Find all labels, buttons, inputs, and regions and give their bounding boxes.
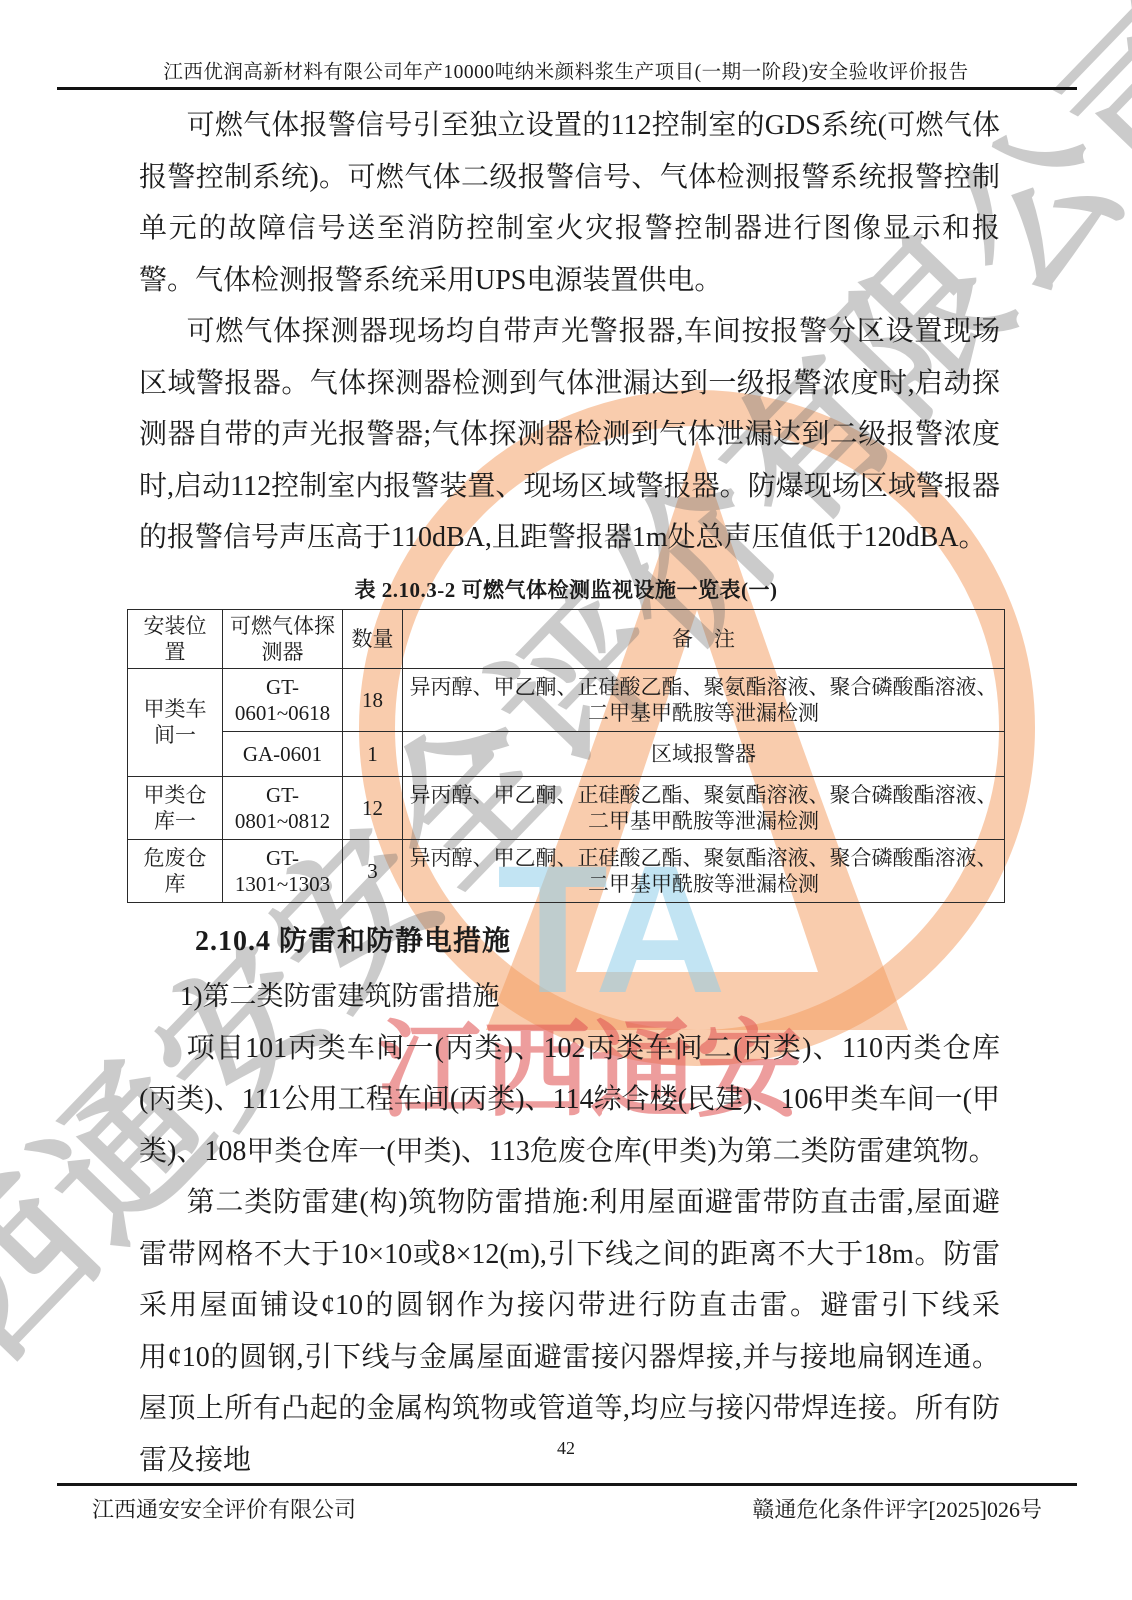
main-text-block: 可燃气体报警信号引至独立设置的112控制室的GDS系统(可燃气体报警控制系统)。… bbox=[57, 100, 1075, 1486]
report-header-title: 江西优润高新材料有限公司年产10000吨纳米颜料浆生产项目(一期一阶段)安全验收… bbox=[57, 56, 1075, 84]
cell-qty: 1 bbox=[343, 731, 403, 776]
header-cell-detector: 可燃气体探测器 bbox=[223, 609, 343, 668]
cell-location: 甲类仓库一 bbox=[128, 776, 223, 839]
cell-qty: 18 bbox=[343, 668, 403, 731]
cell-qty: 3 bbox=[343, 839, 403, 902]
paragraph-lightning-buildings: 项目101丙类车间一(丙类)、102丙类车间二(丙类)、110丙类仓库(丙类)、… bbox=[139, 1023, 1000, 1178]
page-number: 42 bbox=[0, 1438, 1132, 1459]
paragraph-gas-detector-site: 可燃气体探测器现场均自带声光警报器,车间按报警分区设置现场区域警报器。气体探测器… bbox=[139, 306, 1000, 564]
cell-remark: 异丙醇、甲乙酮、正硅酸乙酯、聚氨酯溶液、聚合磷酸酯溶液、二甲基甲酰胺等泄漏检测 bbox=[403, 776, 1005, 839]
cell-detector: GT-1301~1303 bbox=[223, 839, 343, 902]
cell-remark: 异丙醇、甲乙酮、正硅酸乙酯、聚氨酯溶液、聚合磷酸酯溶液、二甲基甲酰胺等泄漏检测 bbox=[403, 668, 1005, 731]
header-cell-remark: 备 注 bbox=[403, 609, 1005, 668]
table-row: 甲类仓库一 GT-0801~0812 12 异丙醇、甲乙酮、正硅酸乙酯、聚氨酯溶… bbox=[128, 776, 1005, 839]
cell-location: 危废仓库 bbox=[128, 839, 223, 902]
footer-company-name: 江西通安安全评价有限公司 bbox=[92, 1493, 356, 1524]
header-cell-qty: 数量 bbox=[343, 609, 403, 668]
footer: 江西通安安全评价有限公司 赣通危化条件评字[2025]026号 bbox=[92, 1493, 1042, 1524]
cell-remark: 异丙醇、甲乙酮、正硅酸乙酯、聚氨酯溶液、聚合磷酸酯溶液、二甲基甲酰胺等泄漏检测 bbox=[403, 839, 1005, 902]
footer-document-number: 赣通危化条件评字[2025]026号 bbox=[752, 1493, 1042, 1524]
cell-location: 甲类车间一 bbox=[128, 668, 223, 776]
table-row: GA-0601 1 区域报警器 bbox=[128, 731, 1005, 776]
table-header-row: 安装位置 可燃气体探测器 数量 备 注 bbox=[128, 609, 1005, 668]
footer-rule bbox=[57, 1483, 1077, 1486]
table-row: 危废仓库 GT-1301~1303 3 异丙醇、甲乙酮、正硅酸乙酯、聚氨酯溶液、… bbox=[128, 839, 1005, 902]
table-row: 甲类车间一 GT-0601~0618 18 异丙醇、甲乙酮、正硅酸乙酯、聚氨酯溶… bbox=[128, 668, 1005, 731]
cell-detector: GT-0601~0618 bbox=[223, 668, 343, 731]
cell-qty: 12 bbox=[343, 776, 403, 839]
section-list-item-1: 1)第二类防雷建筑防雷措施 bbox=[180, 974, 1075, 1013]
cell-remark: 区域报警器 bbox=[403, 731, 1005, 776]
cell-detector: GT-0801~0812 bbox=[223, 776, 343, 839]
document-page: TA 江西通安安全评价有限公司 江西通安 江西优润高新材料有限公司年产10000… bbox=[0, 0, 1132, 1600]
table-caption: 表 2.10.3-2 可燃气体检测监视设施一览表(一) bbox=[57, 574, 1075, 604]
section-heading-2-10-4: 2.10.4 防雷和防静电措施 bbox=[195, 919, 1075, 959]
page-content: 江西优润高新材料有限公司年产10000吨纳米颜料浆生产项目(一期一阶段)安全验收… bbox=[0, 0, 1132, 1600]
header-rule bbox=[57, 87, 1077, 90]
cell-detector: GA-0601 bbox=[223, 731, 343, 776]
paragraph-gas-alarm-signal: 可燃气体报警信号引至独立设置的112控制室的GDS系统(可燃气体报警控制系统)。… bbox=[139, 100, 1000, 306]
header-cell-location: 安装位置 bbox=[128, 609, 223, 668]
gas-detection-table: 安装位置 可燃气体探测器 数量 备 注 甲类车间一 GT-0601~0618 1… bbox=[127, 609, 1005, 903]
